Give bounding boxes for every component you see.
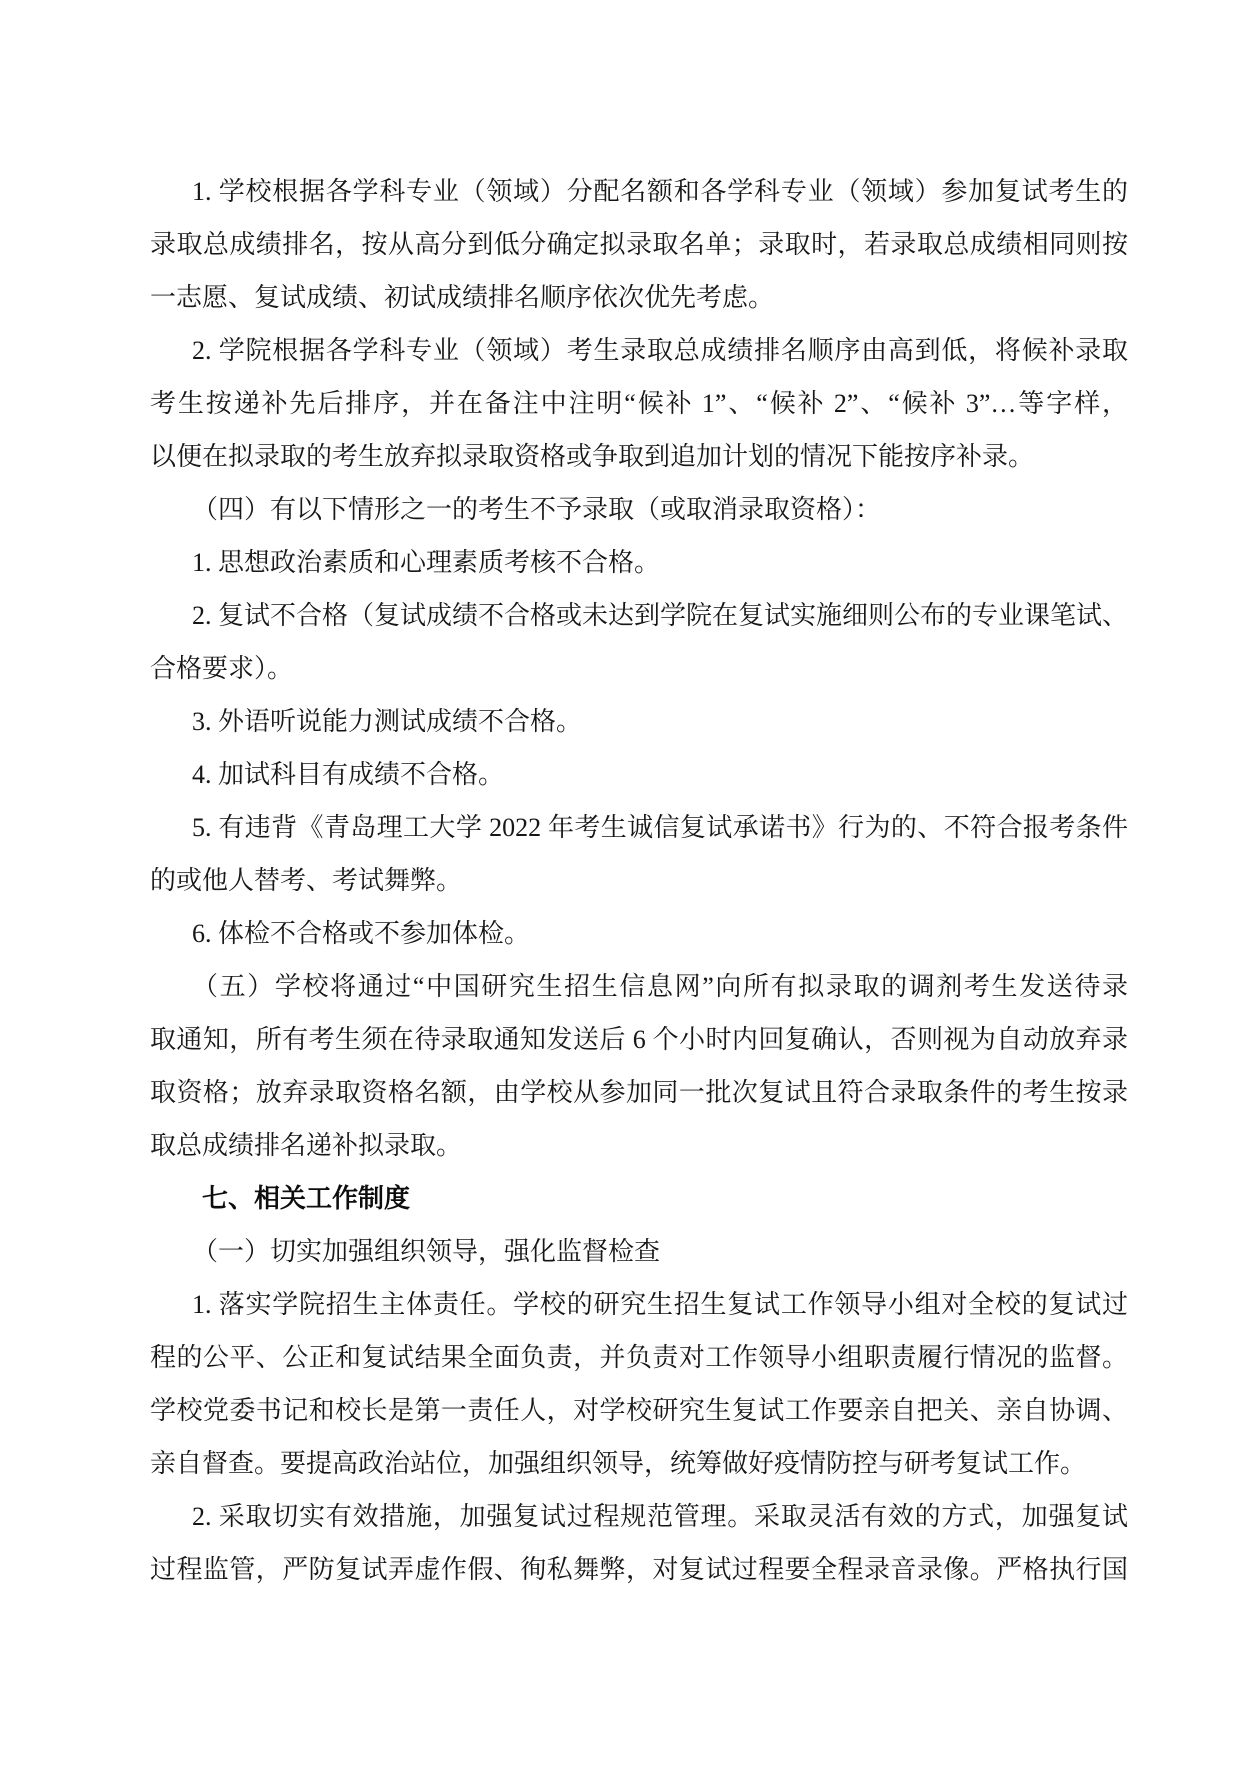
text-line: 一志愿、复试成绩、初试成绩排名顺序依次优先考虑。 <box>150 271 1128 324</box>
text-line: 1. 学校根据各学科专业（领域）分配名额和各学科专业（领域）参加复试考生的 <box>150 165 1128 218</box>
text-line: 3. 外语听说能力测试成绩不合格。 <box>150 695 1128 748</box>
text-line: 2. 学院根据各学科专业（领域）考生录取总成绩排名顺序由高到低，将候补录取 <box>150 324 1128 377</box>
text-line: 2. 采取切实有效措施，加强复试过程规范管理。采取灵活有效的方式，加强复试 <box>150 1490 1128 1543</box>
section-heading: 七、相关工作制度 <box>150 1172 1128 1225</box>
text-line: 合格要求）。 <box>150 642 1128 695</box>
text-line: 考生按递补先后排序，并在备注中注明“候补 1”、“候补 2”、“候补 3”…等字… <box>150 377 1128 430</box>
text-line: 亲自督查。要提高政治站位，加强组织领导，统筹做好疫情防控与研考复试工作。 <box>150 1437 1128 1490</box>
text-line: 4. 加试科目有成绩不合格。 <box>150 748 1128 801</box>
text-line: 取资格；放弃录取资格名额，由学校从参加同一批次复试且符合录取条件的考生按录 <box>150 1066 1128 1119</box>
text-line: 取通知，所有考生须在待录取通知发送后 6 个小时内回复确认，否则视为自动放弃录 <box>150 1013 1128 1066</box>
text-line: 程的公平、公正和复试结果全面负责，并负责对工作领导小组职责履行情况的监督。 <box>150 1331 1128 1384</box>
text-line: 学校党委书记和校长是第一责任人，对学校研究生复试工作要亲自把关、亲自协调、 <box>150 1384 1128 1437</box>
text-line: 的或他人替考、考试舞弊。 <box>150 854 1128 907</box>
document-page: 1. 学校根据各学科专业（领域）分配名额和各学科专业（领域）参加复试考生的录取总… <box>0 0 1256 1777</box>
text-line: 2. 复试不合格（复试成绩不合格或未达到学院在复试实施细则公布的专业课笔试、 <box>150 589 1128 642</box>
text-line: 取总成绩排名递补拟录取。 <box>150 1119 1128 1172</box>
document-content: 1. 学校根据各学科专业（领域）分配名额和各学科专业（领域）参加复试考生的录取总… <box>150 165 1128 1596</box>
text-line: 6. 体检不合格或不参加体检。 <box>150 907 1128 960</box>
text-line: 1. 落实学院招生主体责任。学校的研究生招生复试工作领导小组对全校的复试过 <box>150 1278 1128 1331</box>
text-line: 以便在拟录取的考生放弃拟录取资格或争取到追加计划的情况下能按序补录。 <box>150 430 1128 483</box>
text-line: 过程监管，严防复试弄虚作假、徇私舞弊，对复试过程要全程录音录像。严格执行国 <box>150 1543 1128 1596</box>
text-line: （一）切实加强组织领导，强化监督检查 <box>150 1225 1128 1278</box>
text-line: 5. 有违背《青岛理工大学 2022 年考生诚信复试承诺书》行为的、不符合报考条… <box>150 801 1128 854</box>
text-line: 1. 思想政治素质和心理素质考核不合格。 <box>150 536 1128 589</box>
text-line: 录取总成绩排名，按从高分到低分确定拟录取名单；录取时，若录取总成绩相同则按 <box>150 218 1128 271</box>
text-line: （四）有以下情形之一的考生不予录取（或取消录取资格）： <box>150 483 1128 536</box>
text-line: （五）学校将通过“中国研究生招生信息网”向所有拟录取的调剂考生发送待录 <box>150 960 1128 1013</box>
